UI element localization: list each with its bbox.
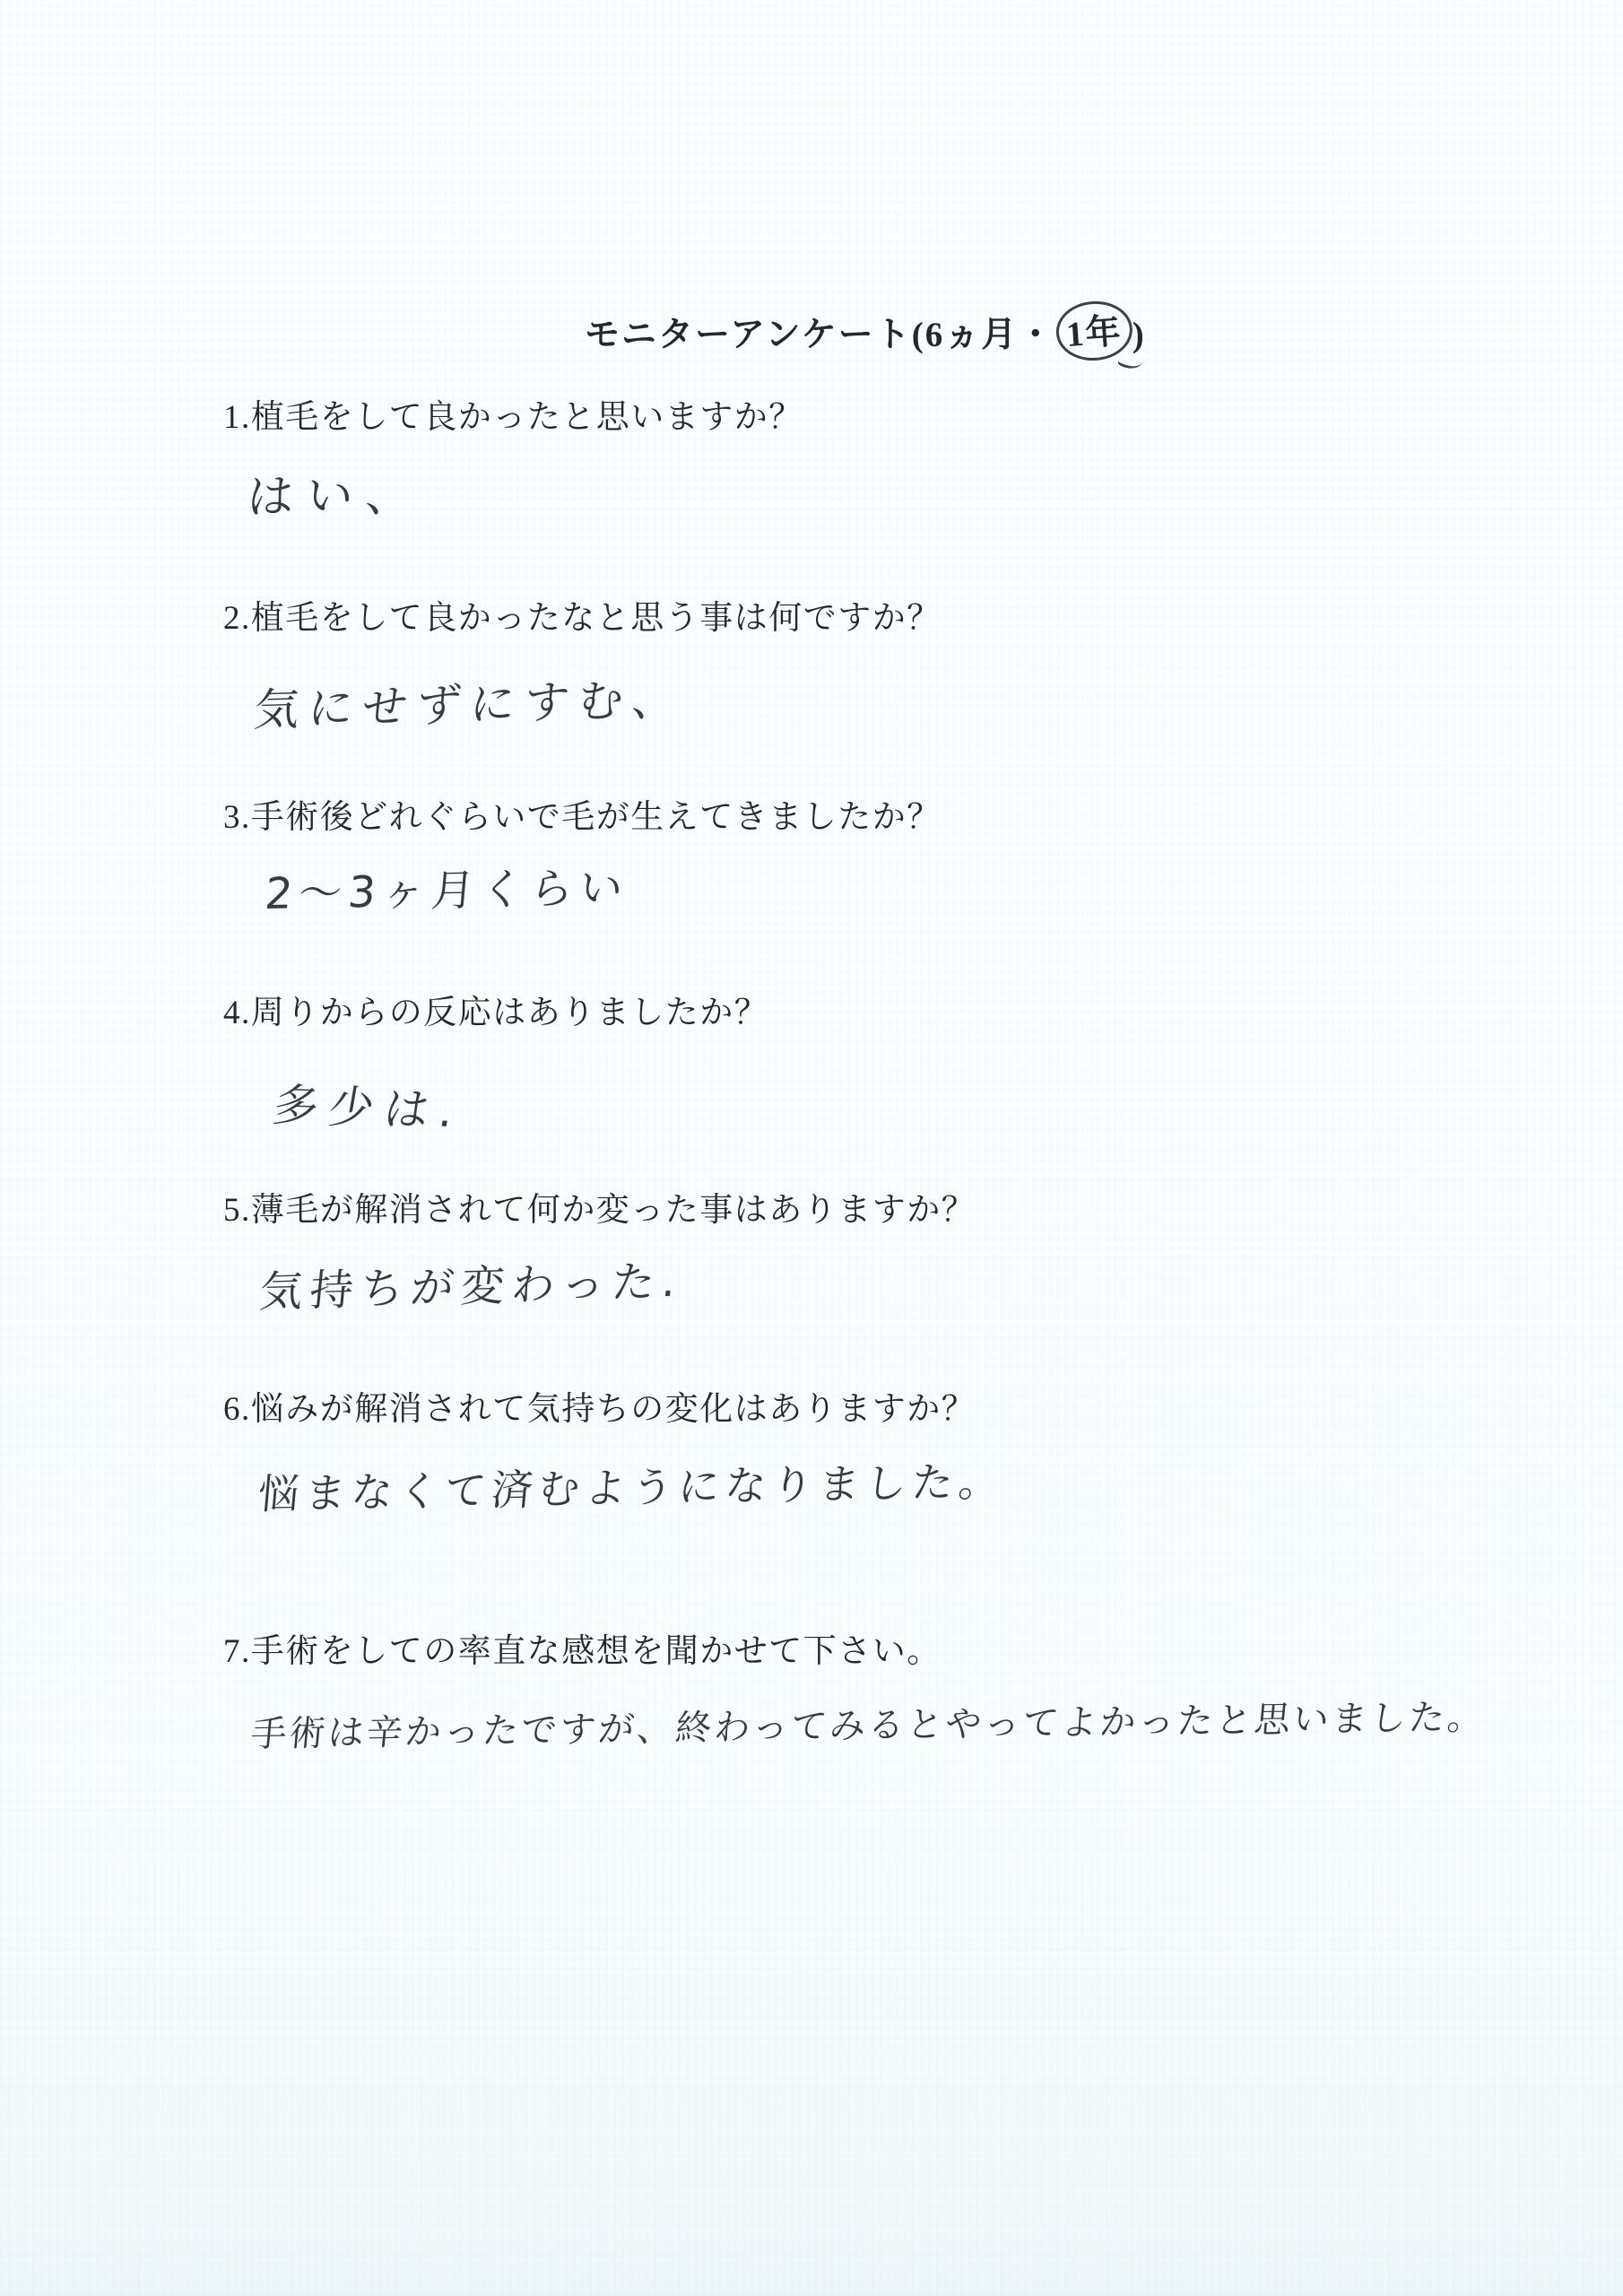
handwritten-answer-7: 手術は辛かったですが、終わってみるとやってよかったと思いました。 [248,1689,1488,1757]
question-5-number: 5. [223,1192,251,1229]
question-4-text: 周りからの反応はありましたか？ [251,995,769,1031]
handwritten-answer-2: 気にせずにすむ、 [252,663,690,739]
question-2: 2.植毛をして良かったなと思う事は何ですか？ [223,590,942,639]
question-3: 3.手術後どれぐらいで毛が生えてきましたか？ [223,789,942,838]
scanned-survey-page: モニターアンケート(6ヵ月・1年) 1.植毛をして良かったと思いますか？ はい、… [0,0,1623,2296]
question-7-text: 手術をしての率直な感想を聞かせて下さい。 [251,1633,942,1670]
question-3-number: 3. [223,799,251,836]
question-4: 4.周りからの反応はありましたか？ [223,985,768,1033]
page-title-prefix: モニターアンケート(6ヵ月・ [585,316,1055,354]
handwritten-answer-5: 気持ちが変わった. [257,1247,687,1319]
handwritten-answer-3: 2～3ヶ月くらい [263,853,632,921]
question-2-number: 2. [223,600,251,637]
circled-answer-1year: 1年 [1055,299,1134,363]
question-1-number: 1. [223,399,251,436]
question-6: 6.悩みが解消されて気持ちの変化はありますか？ [223,1381,976,1430]
question-7: 7.手術をしての率直な感想を聞かせて下さい。 [223,1623,942,1672]
question-1: 1.植毛をして良かったと思いますか？ [223,389,803,438]
circled-answer-text: 1年 [1065,312,1124,354]
question-1-text: 植毛をして良かったと思いますか？ [251,399,803,436]
page-title: モニターアンケート(6ヵ月・1年) [585,303,1146,362]
question-3-text: 手術後どれぐらいで毛が生えてきましたか？ [251,799,942,836]
handwritten-answer-4: 多少は. [269,1069,471,1140]
page-title-suffix: ) [1133,316,1146,354]
question-2-text: 植毛をして良かったなと思う事は何ですか？ [251,600,942,637]
question-6-text: 悩みが解消されて気持ちの変化はありますか？ [251,1391,976,1428]
question-5-text: 薄毛が解消されて何か変った事はありますか？ [251,1192,976,1229]
question-5: 5.薄毛が解消されて何か変った事はありますか？ [223,1182,976,1231]
question-6-number: 6. [223,1391,251,1428]
question-7-number: 7. [223,1633,251,1670]
handwritten-answer-6: 悩まなくて済むようになりました。 [256,1448,1008,1521]
handwritten-answer-1: はい、 [245,457,428,526]
question-4-number: 4. [223,995,251,1031]
